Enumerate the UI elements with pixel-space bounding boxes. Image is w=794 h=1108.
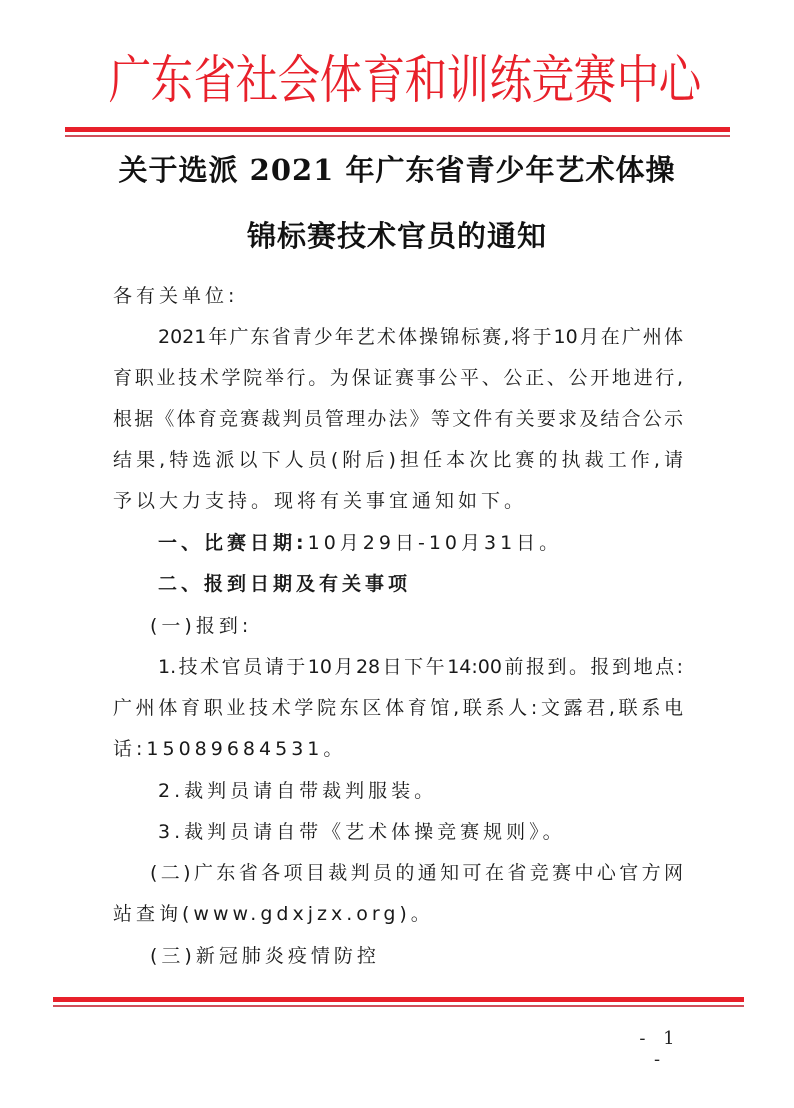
letterhead-glyph: 育: [362, 48, 395, 114]
footer-rule-thick: [53, 997, 744, 1002]
section-2-heading-text: 二、报到日期及有关事项: [158, 573, 411, 595]
intro-line-2: 育职业技术学院举行。为保证赛事公平、公正、公开地进行,: [113, 363, 683, 393]
letterhead-glyph: 中: [616, 48, 649, 114]
page-number: - 1 -: [630, 1028, 690, 1070]
subsection-2-line-1: (二)广东省各项目裁判员的通知可在省竞赛中心官方网: [150, 858, 683, 888]
subsection-2-line-2: 站查询(www.gdxjzx.org)。: [113, 899, 683, 929]
item-1-line-3: 话:15089684531。: [113, 734, 683, 764]
item-2: 2.裁判员请自带裁判服装。: [158, 776, 683, 806]
subsection-1-heading: (一)报到:: [150, 611, 675, 641]
notice-title-line-2: 锦标赛技术官员的通知: [0, 214, 794, 255]
section-2-heading: 二、报到日期及有关事项: [158, 569, 683, 599]
item-1-line-2: 广州体育职业技术学院东区体育馆,联系人:文露君,联系电: [113, 693, 683, 723]
letterhead-glyph: 心: [658, 48, 691, 114]
letterhead-glyph: 练: [489, 48, 522, 114]
letterhead-glyph: 体: [320, 48, 353, 114]
intro-line-5: 予以大力支持。现将有关事宜通知如下。: [113, 486, 683, 516]
letterhead-glyph: 赛: [574, 48, 607, 114]
footer-rule-thin: [53, 1005, 744, 1007]
section-1-competition-dates: 一、比赛日期:10月29日-10月31日。: [158, 528, 683, 558]
salutation: 各有关单位:: [113, 281, 683, 311]
letterhead-glyph: 东: [151, 48, 184, 114]
header-rule-thick: [65, 127, 730, 132]
letterhead-glyph: 和: [405, 48, 438, 114]
letterhead-glyph: 训: [447, 48, 480, 114]
letterhead-title: 广东省社会体育和训练竞赛中心: [105, 48, 695, 114]
header-rule-thin: [65, 135, 730, 137]
section-1-heading: 一、比赛日期:: [158, 532, 308, 554]
section-1-value: 10月29日-10月31日。: [308, 532, 563, 554]
intro-line-4: 结果,特选派以下人员(附后)担任本次比赛的执裁工作,请: [113, 445, 683, 475]
letterhead-glyph: 竞: [532, 48, 565, 114]
intro-line-3: 根据《体育竞赛裁判员管理办法》等文件有关要求及结合公示: [113, 404, 683, 434]
item-1-line-1: 1.技术官员请于10月28日下午14:00前报到。报到地点:: [158, 652, 683, 682]
item-3: 3.裁判员请自带《艺术体操竞赛规则》。: [158, 817, 683, 847]
letterhead-glyph: 广: [109, 48, 142, 114]
subsection-3-heading: (三)新冠肺炎疫情防控: [150, 941, 675, 971]
notice-title-line-1: 关于选派 2021 年广东省青少年艺术体操: [0, 148, 794, 189]
intro-line-1: 2021年广东省青少年艺术体操锦标赛,将于10月在广州体: [158, 322, 683, 352]
document-page: 广东省社会体育和训练竞赛中心 关于选派 2021 年广东省青少年艺术体操 锦标赛…: [0, 0, 794, 1108]
letterhead-glyph: 会: [278, 48, 311, 114]
letterhead-glyph: 省: [193, 48, 226, 114]
letterhead-glyph: 社: [235, 48, 268, 114]
